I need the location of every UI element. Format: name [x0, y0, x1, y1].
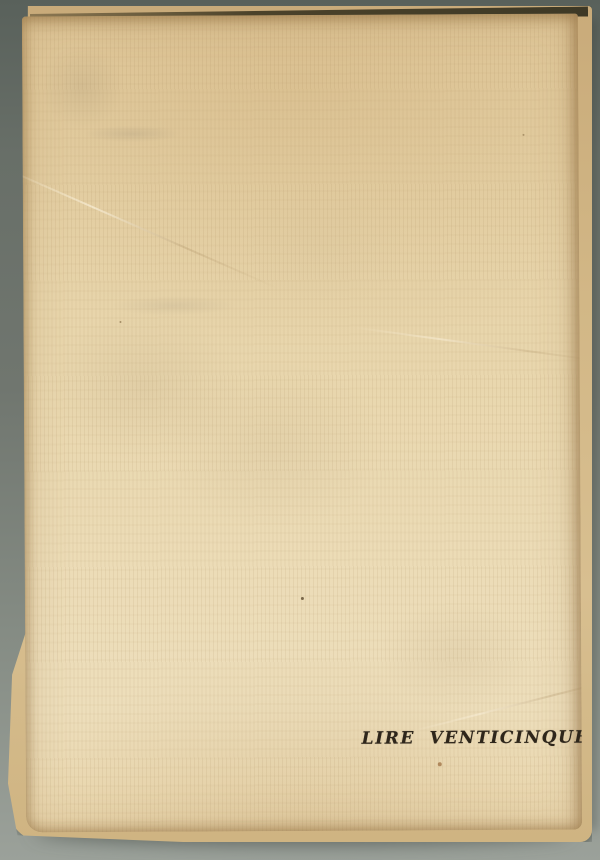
- foxing-speck: [438, 762, 442, 766]
- scan-background: LIRE VENTICINQUE: [0, 0, 600, 860]
- foxing-speck: [301, 597, 304, 600]
- foxing-speck: [522, 134, 524, 136]
- book-back-cover: LIRE VENTICINQUE: [22, 14, 582, 833]
- price-label: LIRE VENTICINQUE: [362, 730, 583, 748]
- foxing-speck: [119, 321, 121, 323]
